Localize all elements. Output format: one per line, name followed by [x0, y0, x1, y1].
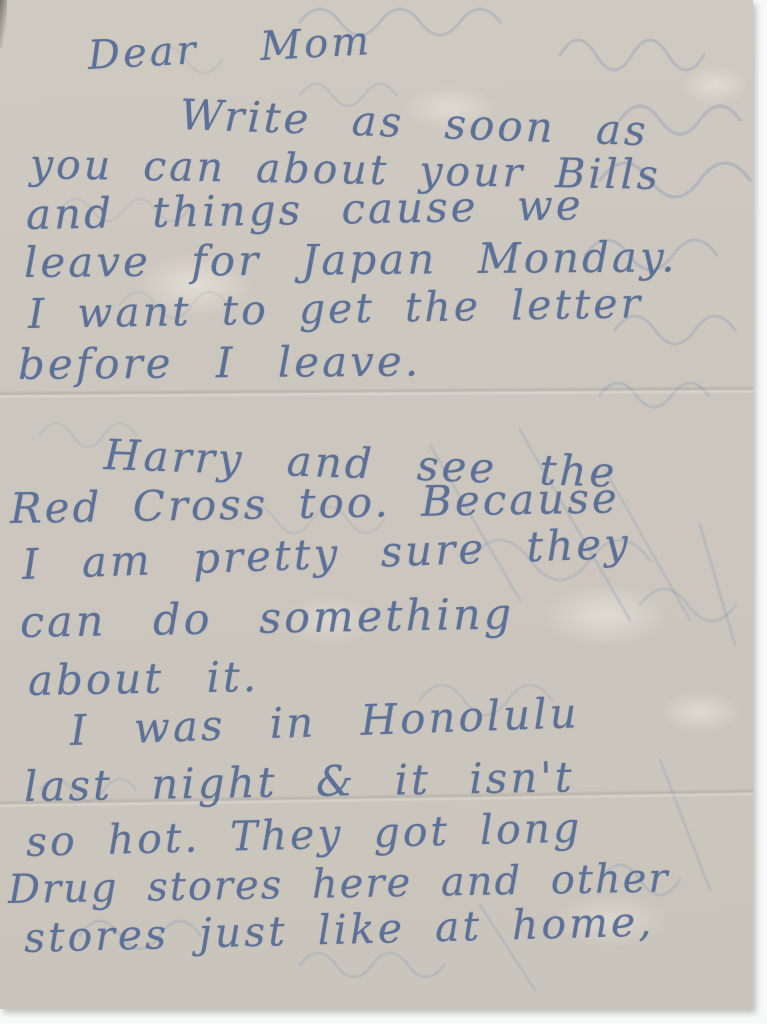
letter-line: Drug stores here and other — [8, 856, 670, 912]
letter-line: so hot. They got long — [25, 805, 582, 865]
letter-line: before I leave. — [18, 338, 421, 388]
letter-scan: Dear Mom Write as soon as you can about … — [0, 0, 767, 1024]
letter-line: I was in Honolulu — [69, 690, 580, 754]
letter-line: Red Cross too. Because — [10, 475, 621, 532]
letter-line: I want to get the letter — [28, 281, 644, 337]
scan-corner-artifact — [0, 0, 7, 48]
letter-line: can do something — [20, 591, 515, 647]
fold-crease-lower — [0, 788, 753, 808]
letter-line: I am pretty sure they — [21, 521, 631, 588]
salutation-line: Dear Mom — [87, 19, 373, 78]
letter-paper: Dear Mom Write as soon as you can about … — [0, 0, 753, 1009]
letter-line: last night & it isn't — [24, 754, 575, 810]
ink-bleed-through-texture — [0, 0, 753, 1009]
letter-line: about it. — [28, 654, 260, 704]
letter-line: Write as soon as — [179, 92, 649, 155]
letter-line: Harry and see the — [103, 432, 618, 496]
letter-line: you can about your Bills — [30, 142, 662, 198]
fold-crease-upper — [0, 385, 753, 399]
letter-line: leave for Japan Monday. — [24, 234, 678, 286]
letter-line: stores just like at home, — [23, 900, 654, 962]
letter-line: and things cause we — [26, 182, 584, 238]
